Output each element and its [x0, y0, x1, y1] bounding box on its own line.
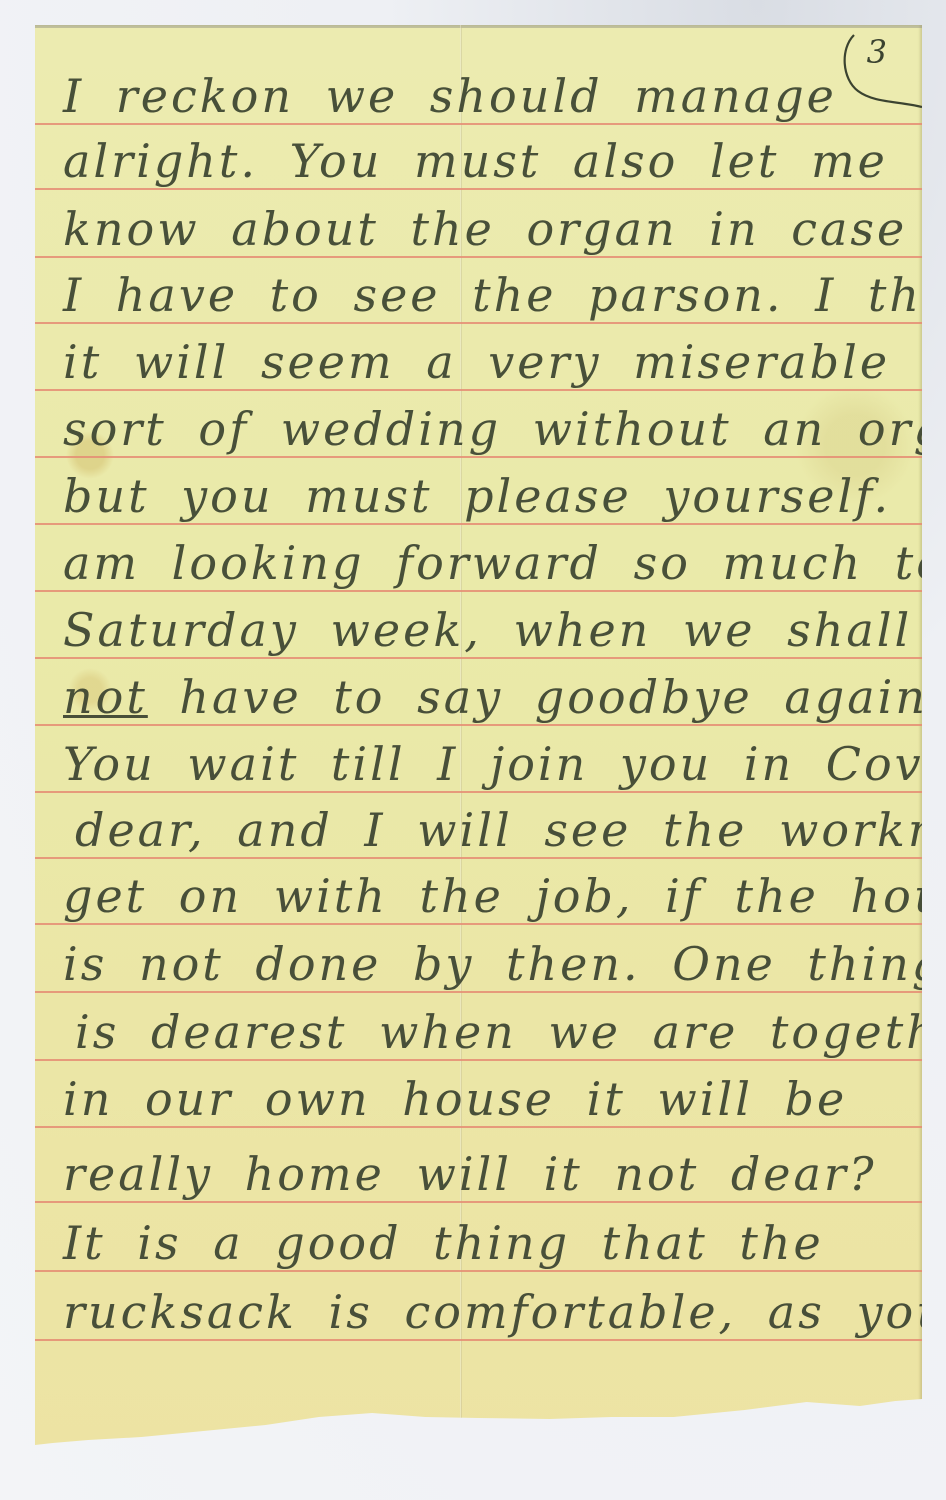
ruled-line	[35, 1201, 922, 1203]
ruled-line	[35, 456, 922, 458]
line-remainder: have to say goodbye again.	[148, 670, 946, 724]
handwritten-line: am looking forward so much to	[63, 536, 946, 590]
ruled-line	[35, 991, 922, 993]
handwritten-line: it will seem a very miserable	[63, 335, 890, 389]
letter-page: 3 I reckon we should manage alright. You…	[35, 25, 922, 1465]
ruled-line	[35, 322, 922, 324]
ruled-line	[35, 923, 922, 925]
handwritten-line: not have to say goodbye again.	[63, 670, 946, 724]
page-number: 3	[867, 33, 887, 71]
ruled-line	[35, 791, 922, 793]
ruled-line	[35, 1059, 922, 1061]
handwritten-line: I reckon we should manage	[63, 69, 837, 123]
ruled-line	[35, 523, 922, 525]
handwritten-line: but you must please yourself. I	[63, 469, 944, 523]
handwritten-line: It is a good thing that the	[63, 1216, 824, 1270]
ruled-line	[35, 188, 922, 190]
handwritten-line: get on with the job, if the house	[63, 869, 946, 923]
handwritten-line: alright. You must also let me	[63, 134, 888, 188]
handwritten-line: You wait till I join you in Coventry	[63, 737, 946, 791]
ruled-line	[35, 590, 922, 592]
handwritten-line: know about the organ in case	[63, 202, 907, 256]
handwritten-line: in our own house it will be	[63, 1072, 847, 1126]
handwritten-line: is not done by then. One thing	[63, 937, 944, 991]
ruled-line	[35, 123, 922, 125]
ruled-line	[35, 1270, 922, 1272]
ruled-line	[35, 857, 922, 859]
ruled-line	[35, 256, 922, 258]
ruled-line	[35, 724, 922, 726]
handwritten-line: really home will it not dear?	[63, 1147, 877, 1201]
handwritten-line: rucksack is comfortable, as you	[63, 1285, 946, 1339]
ruled-line	[35, 657, 922, 659]
ruled-line	[35, 1339, 922, 1341]
handwritten-line: Saturday week, when we shall	[63, 603, 912, 657]
underlined-word: not	[63, 670, 148, 724]
handwritten-line: I have to see the parson. I think	[63, 268, 946, 322]
handwritten-line: sort of wedding without an organ,	[63, 402, 946, 456]
ruled-line	[35, 1126, 922, 1128]
ruled-line	[35, 389, 922, 391]
handwritten-line: is dearest when we are together	[75, 1005, 946, 1059]
handwritten-line: dear, and I will see the workmen	[75, 803, 946, 857]
